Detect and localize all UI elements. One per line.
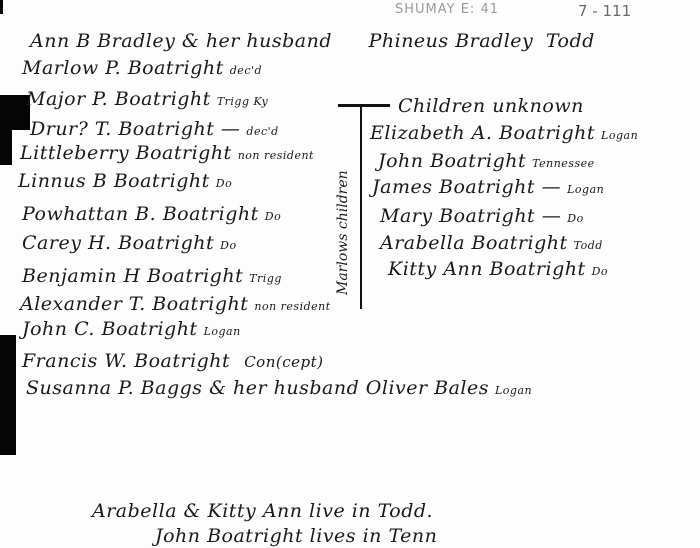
entry-9: Alexander T. Boatrightnon resident <box>20 293 331 315</box>
child-0: Children unknown <box>398 95 584 117</box>
entry-8: Benjamin H BoatrightTrigg <box>22 265 282 287</box>
entry-10: John C. BoatrightLogan <box>22 318 241 340</box>
document-page: SHUMAY E: 41 7 - 111 Ann B Bradley & her… <box>0 0 700 548</box>
footer-note-1: John Boatright lives in Tenn <box>155 525 437 547</box>
child-3: James Boatright —Logan <box>372 176 604 198</box>
entry-7: Carey H. BoatrightDo <box>22 232 237 254</box>
torn-edge <box>0 0 3 14</box>
child-6: Kitty Ann BoatrightDo <box>388 258 608 280</box>
entry-5: Linnus B BoatrightDo <box>18 170 232 192</box>
entry-4: Littleberry Boatrightnon resident <box>20 142 314 164</box>
child-2: John BoatrightTennessee <box>378 150 595 172</box>
child-1: Elizabeth A. BoatrightLogan <box>370 122 638 144</box>
archive-stamp: SHUMAY E: 41 <box>395 2 499 17</box>
torn-edge <box>0 335 16 455</box>
entry-1: Marlow P. Boatrightdec'd <box>22 57 262 79</box>
entry-11: Francis W. BoatrightCon(cept) <box>22 350 323 372</box>
entry-6: Powhattan B. BoatrightDo <box>22 203 281 225</box>
bracket-label: Marlows children <box>335 105 357 305</box>
entry-2: Major P. BoatrightTrigg Ky <box>26 88 268 110</box>
child-5: Arabella BoatrightTodd <box>380 232 603 254</box>
entry-12: Susanna P. Baggs & her husband Oliver Ba… <box>26 377 532 399</box>
entry-0: Ann B Bradley & her husband Phineus Brad… <box>30 30 595 52</box>
archive-number: 7 - 111 <box>578 2 631 20</box>
entry-3: Drur? T. Boatright —dec'd <box>30 118 279 140</box>
child-4: Mary Boatright —Do <box>380 205 584 227</box>
torn-edge <box>0 125 12 165</box>
bracket-line <box>360 104 362 309</box>
footer-note-0: Arabella & Kitty Ann live in Todd. <box>92 500 433 522</box>
